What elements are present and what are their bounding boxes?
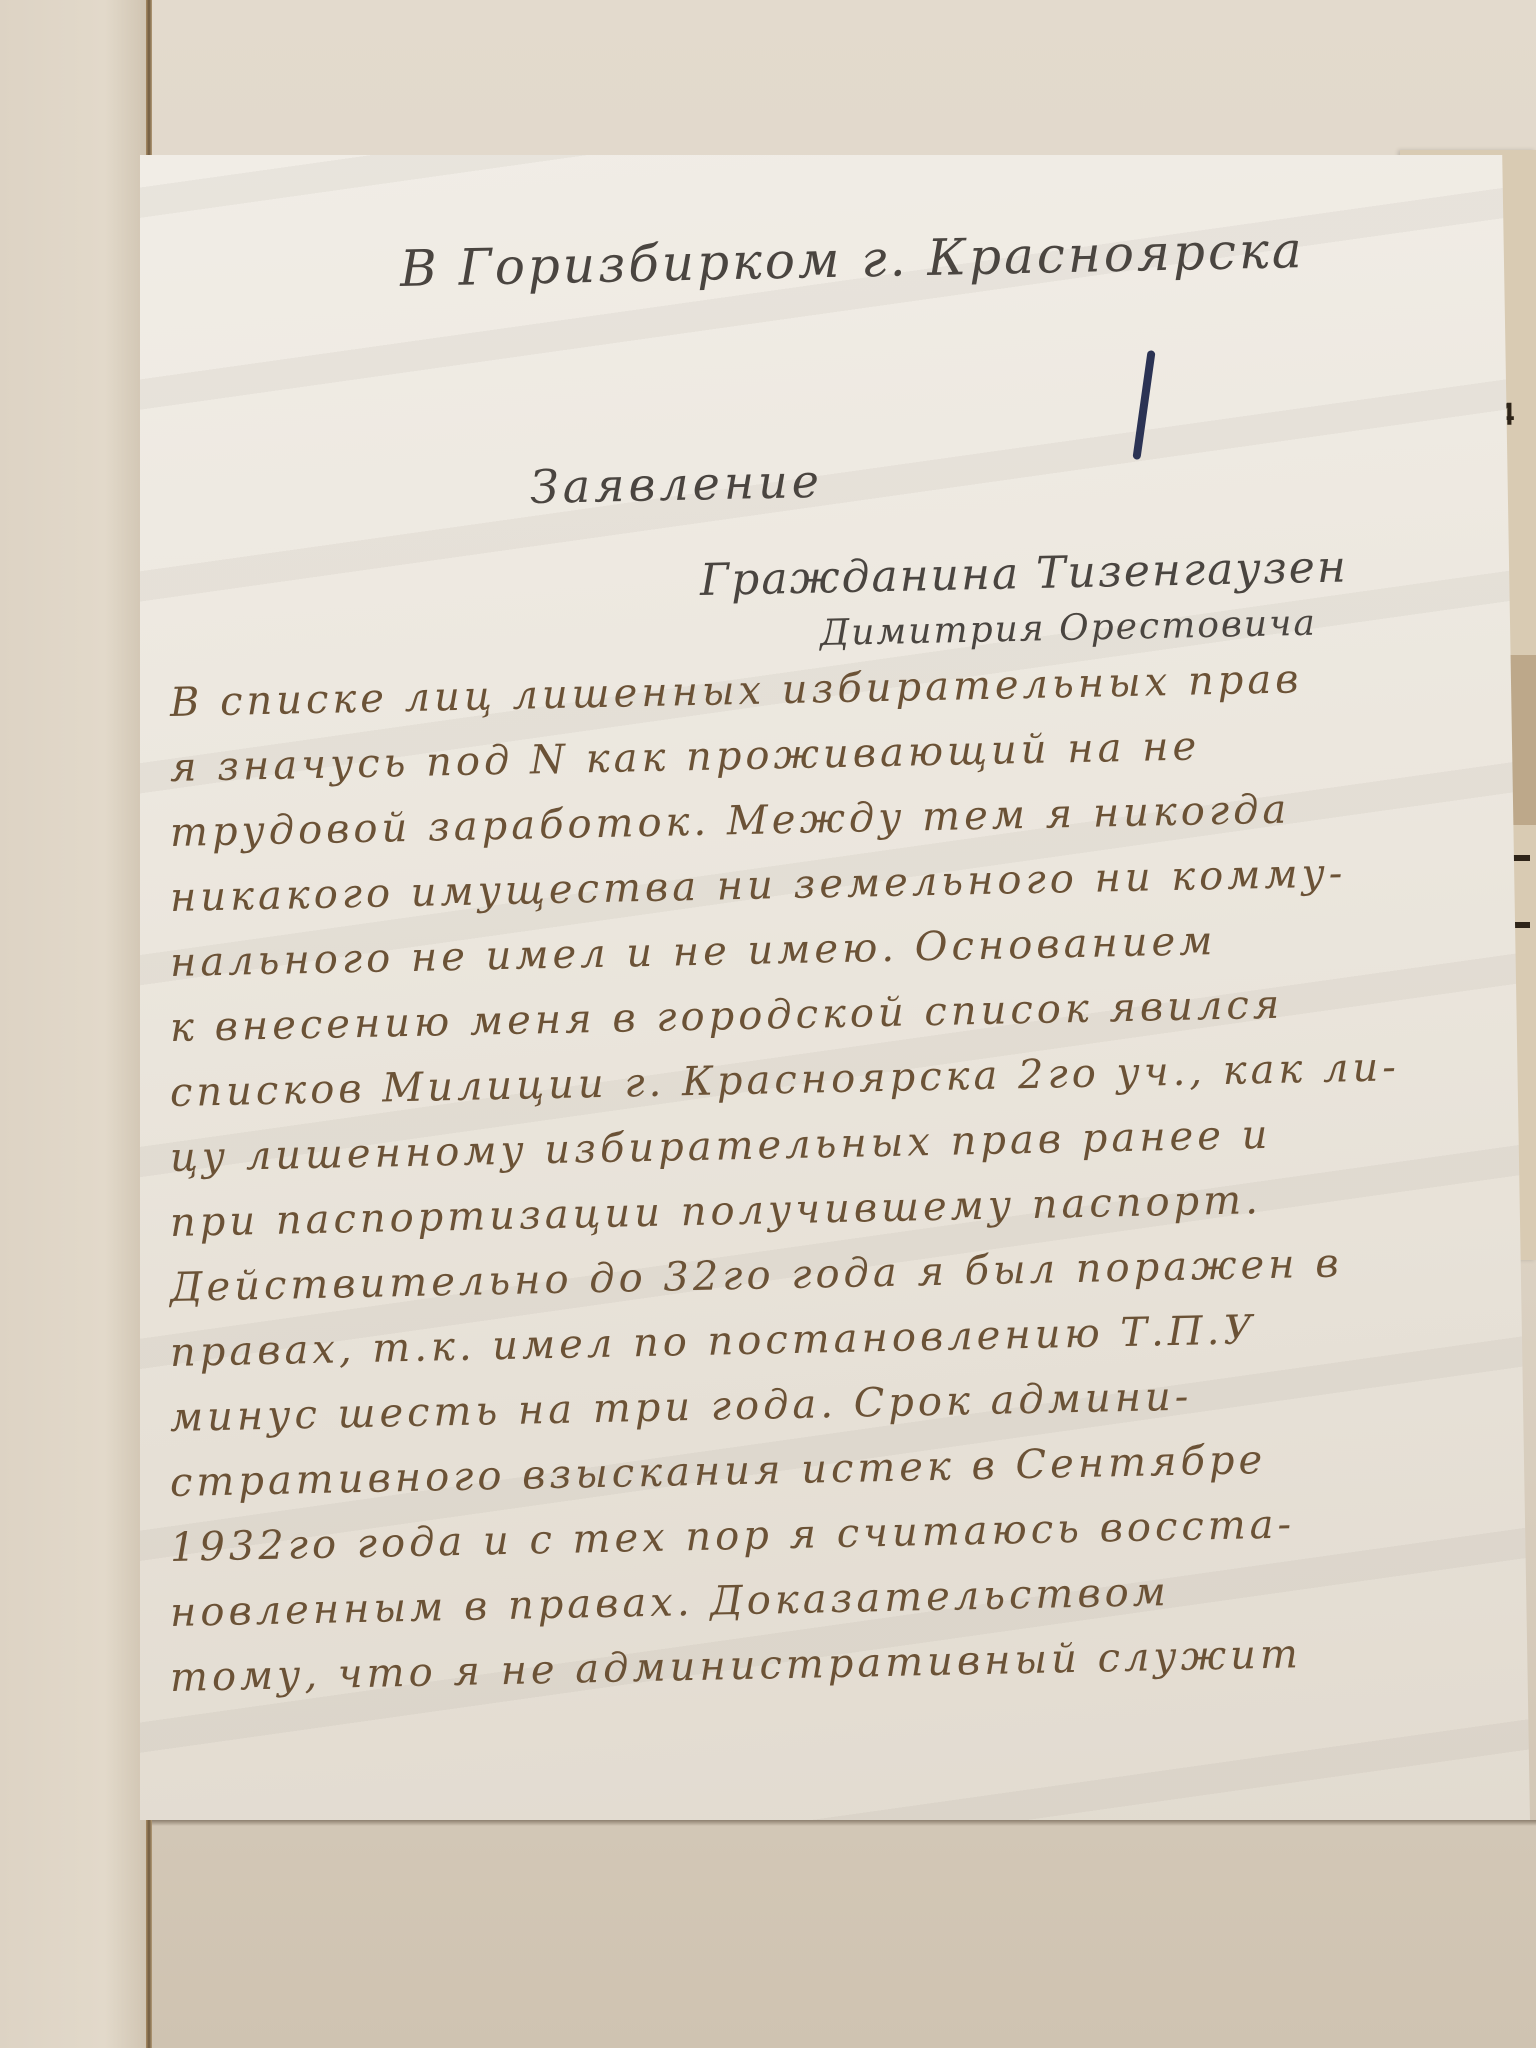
body-line: нального не имел и не имею. Основанием	[170, 918, 1217, 986]
body-line: правах, т.к. имел по постановлению Т.П.У	[170, 1307, 1257, 1376]
body-line: списков Милиции г. Красноярска 2го уч., …	[170, 1044, 1401, 1116]
addressee: В Горизбирком г. Красноярска	[399, 221, 1305, 298]
petitioner-patronymic: Димитрия Орестовича	[820, 603, 1318, 654]
ink-bleed-through	[140, 155, 1530, 1820]
body-line: при паспортизации получившему паспорт.	[170, 1177, 1263, 1246]
body-line: никакого имущества ни земельного ни комм…	[170, 850, 1347, 921]
body-line: Действительно до 32го года я был поражен…	[170, 1240, 1343, 1311]
document-title: Заявление	[529, 454, 823, 514]
handwritten-letter-sheet: В Горизбирком г. Красноярска Заявление Г…	[140, 155, 1530, 1820]
body-line: к внесению меня в городской список явилс…	[170, 982, 1284, 1051]
petitioner-name: Гражданина Тизенгаузен	[699, 541, 1348, 606]
body-line: стративного взыскания истек в Сентябре	[170, 1437, 1267, 1506]
body-line: я значусь под N как проживающий на не	[170, 723, 1201, 791]
body-line: цу лишенному избирательных прав ранее и	[170, 1112, 1272, 1181]
body-line: новленным в правах. Доказательством	[170, 1569, 1171, 1636]
body-line: 1932го года и с тех пор я считаюсь восст…	[170, 1501, 1296, 1571]
folio-number-mark	[1132, 350, 1155, 460]
left-facing-page	[0, 0, 150, 2048]
body-line: минус шесть на три года. Срок админи-	[170, 1374, 1193, 1441]
body-line: трудовой заработок. Между тем я никогда	[170, 787, 1291, 856]
sheet-bottom-shadow	[152, 1820, 1536, 1826]
body-line: тому, что я не административный служит	[170, 1631, 1303, 1701]
body-line: В списке лиц лишенных избирательных прав	[170, 656, 1303, 726]
